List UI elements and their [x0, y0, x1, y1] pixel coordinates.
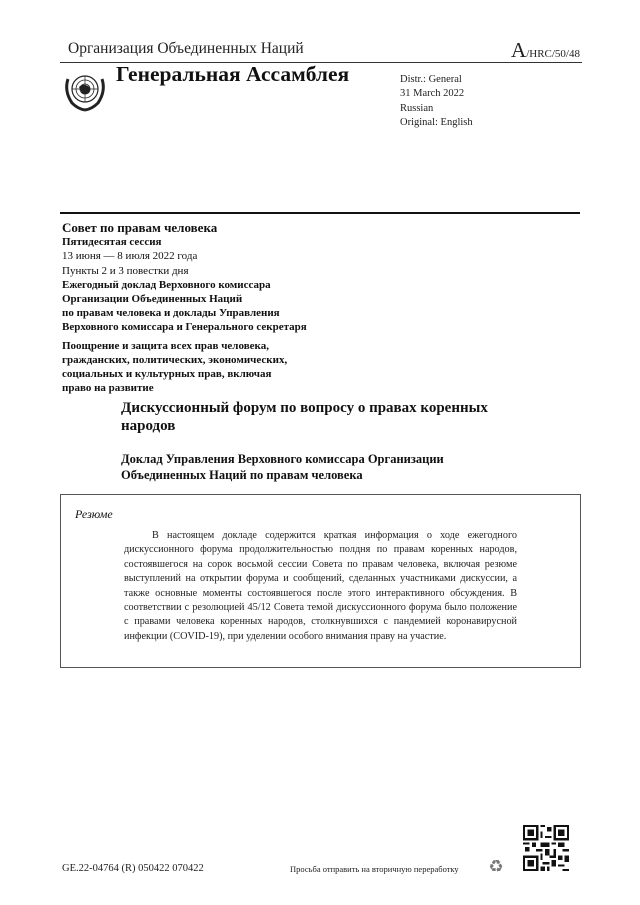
summary-text: В настоящем докладе содержится краткая и… [124, 529, 517, 644]
body-name: Генеральная Ассамблея [116, 62, 349, 87]
topic-line: гражданских, политических, экономических… [62, 353, 307, 367]
symbol-prefix: A [511, 38, 526, 62]
qr-code-icon [523, 825, 569, 871]
topic-line: социальных и культурных прав, включая [62, 367, 307, 381]
agenda-title-line: Верховного комиссара и Генерального секр… [62, 320, 307, 334]
session-dates: 13 июня — 8 июля 2022 года [62, 249, 307, 263]
recycle-icon: ♻ [486, 857, 506, 877]
distribution-info: Distr.: General 31 March 2022 Russian Or… [400, 73, 473, 131]
document-subtitle: Доклад Управления Верховного комиссара О… [121, 451, 521, 483]
recycle-notice: Просьба отправить на вторичную переработ… [290, 864, 459, 874]
topic-line: Поощрение и защита всех прав человека, [62, 339, 307, 353]
topic-line: право на развитие [62, 381, 307, 395]
document-code: GE.22-04764 (R) 050422 070422 [62, 863, 204, 874]
agenda-title-line: Ежегодный доклад Верховного комиссара [62, 278, 307, 292]
document-title: Дискуссионный форум по вопросу о правах … [121, 399, 521, 435]
document-symbol: A/HRC/50/48 [511, 38, 580, 63]
council-name: Совет по правам человека [62, 221, 307, 235]
session-name: Пятидесятая сессия [62, 235, 307, 249]
date-line: 31 March 2022 [400, 87, 473, 101]
agenda-items: Пункты 2 и 3 повестки дня [62, 264, 307, 278]
language-line: Russian [400, 102, 473, 116]
organization-name: Организация Объединенных Наций [68, 40, 304, 58]
summary-label: Резюме [75, 507, 113, 522]
symbol-rest: /HRC/50/48 [526, 48, 580, 60]
section-rule [60, 212, 580, 214]
session-meta: Совет по правам человека Пятидесятая сес… [62, 221, 307, 395]
agenda-title-line: по правам человека и доклады Управления [62, 306, 307, 320]
agenda-title-line: Организации Объединенных Наций [62, 292, 307, 306]
un-emblem-icon [62, 67, 108, 113]
original-language-line: Original: English [400, 116, 473, 130]
distr-line: Distr.: General [400, 73, 473, 87]
